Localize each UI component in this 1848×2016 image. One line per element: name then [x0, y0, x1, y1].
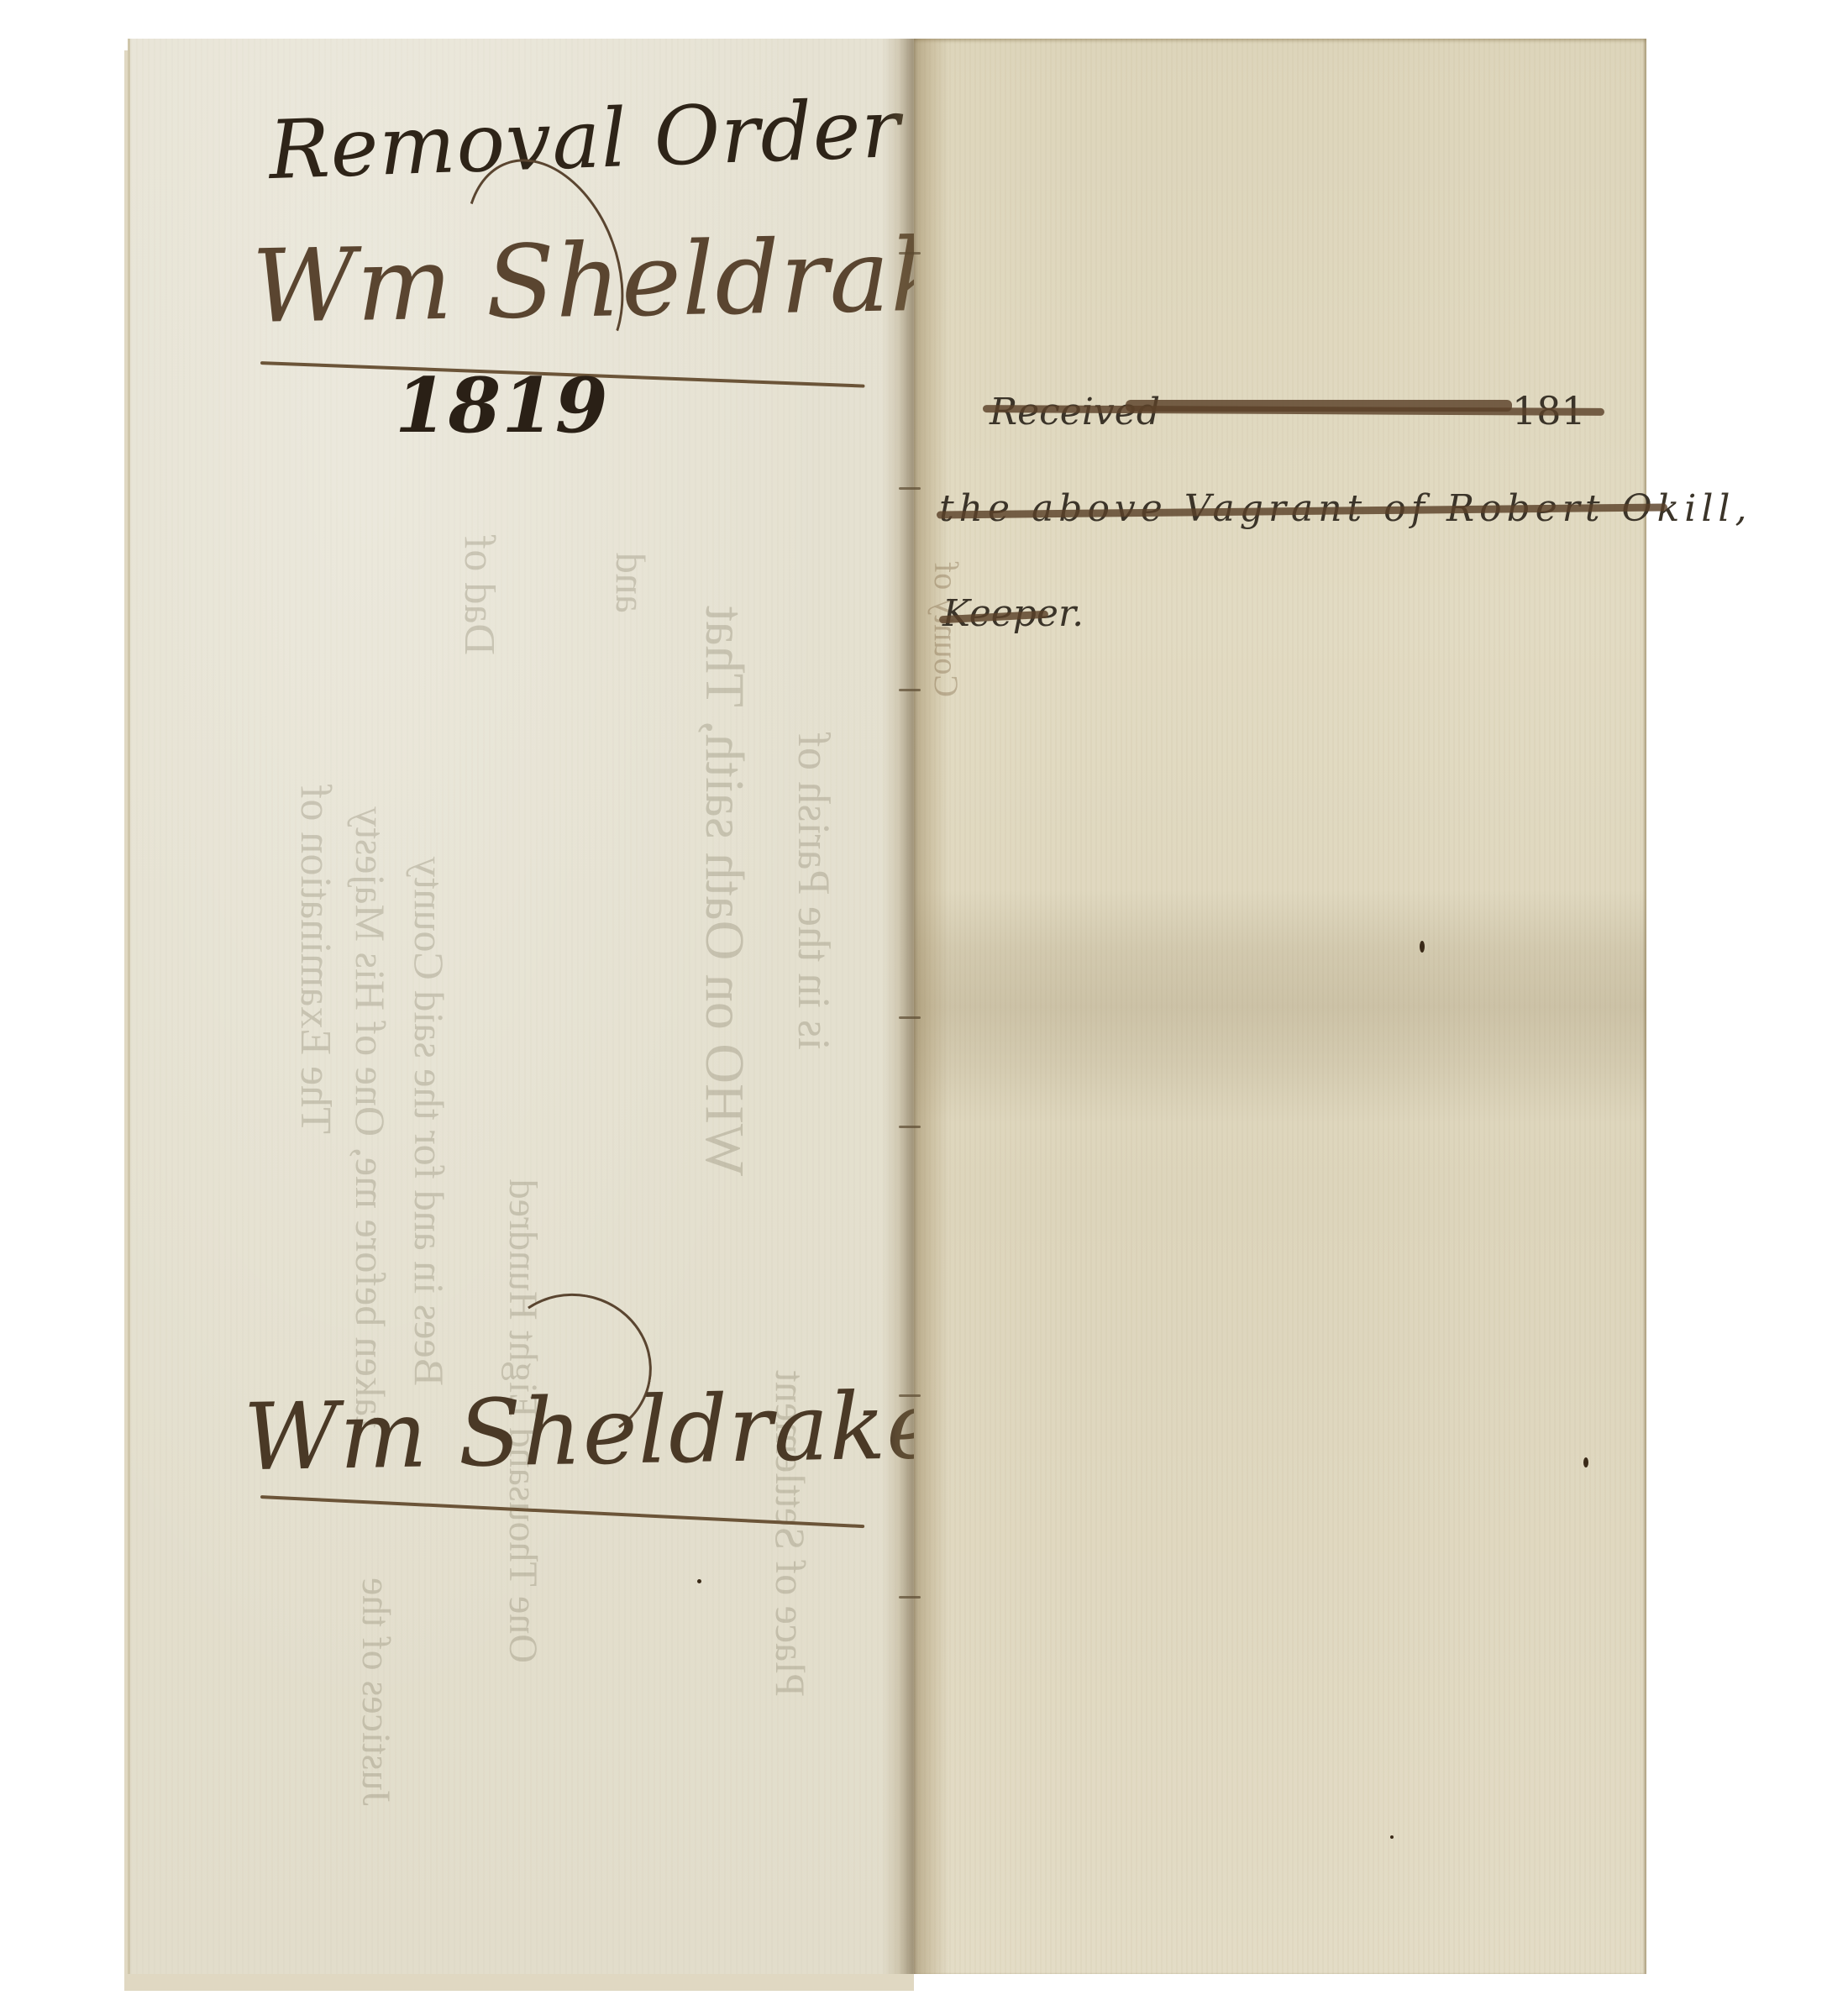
fold-crease: [899, 1596, 921, 1599]
ink-speck: [1583, 1457, 1588, 1467]
bleed-through-line: The Examination of: [291, 785, 340, 1134]
fold-crease: [899, 1394, 921, 1397]
bleed-through-line: and: [606, 553, 655, 613]
signature: Wm Sheldrake: [243, 1372, 942, 1491]
center-fold: [882, 39, 949, 1974]
fold-crease: [899, 487, 921, 490]
fold-crease: [899, 1016, 921, 1019]
ink-speck: [1390, 1835, 1394, 1839]
fold-crease: [899, 689, 921, 691]
fold-crease: [899, 1126, 921, 1128]
ink-speck: [697, 1579, 701, 1583]
right-page: [914, 39, 1646, 1974]
bleed-through-line: Bees in and for the said County: [405, 857, 454, 1386]
bleed-through-line: WHO on Oath saith, That: [692, 606, 756, 1176]
bleed-through-line: Dad of: [454, 535, 504, 655]
strikethrough-thick: [1126, 400, 1512, 412]
bleed-through-line: taken before me, One of His Majesty: [346, 806, 395, 1428]
ink-speck: [1420, 941, 1425, 953]
fold-crease: [899, 252, 921, 255]
docket-year: 1819: [395, 361, 609, 450]
bleed-through-line: Justices of the: [353, 1578, 399, 1806]
bleed-through-line: is in the Parish of: [788, 732, 840, 1050]
